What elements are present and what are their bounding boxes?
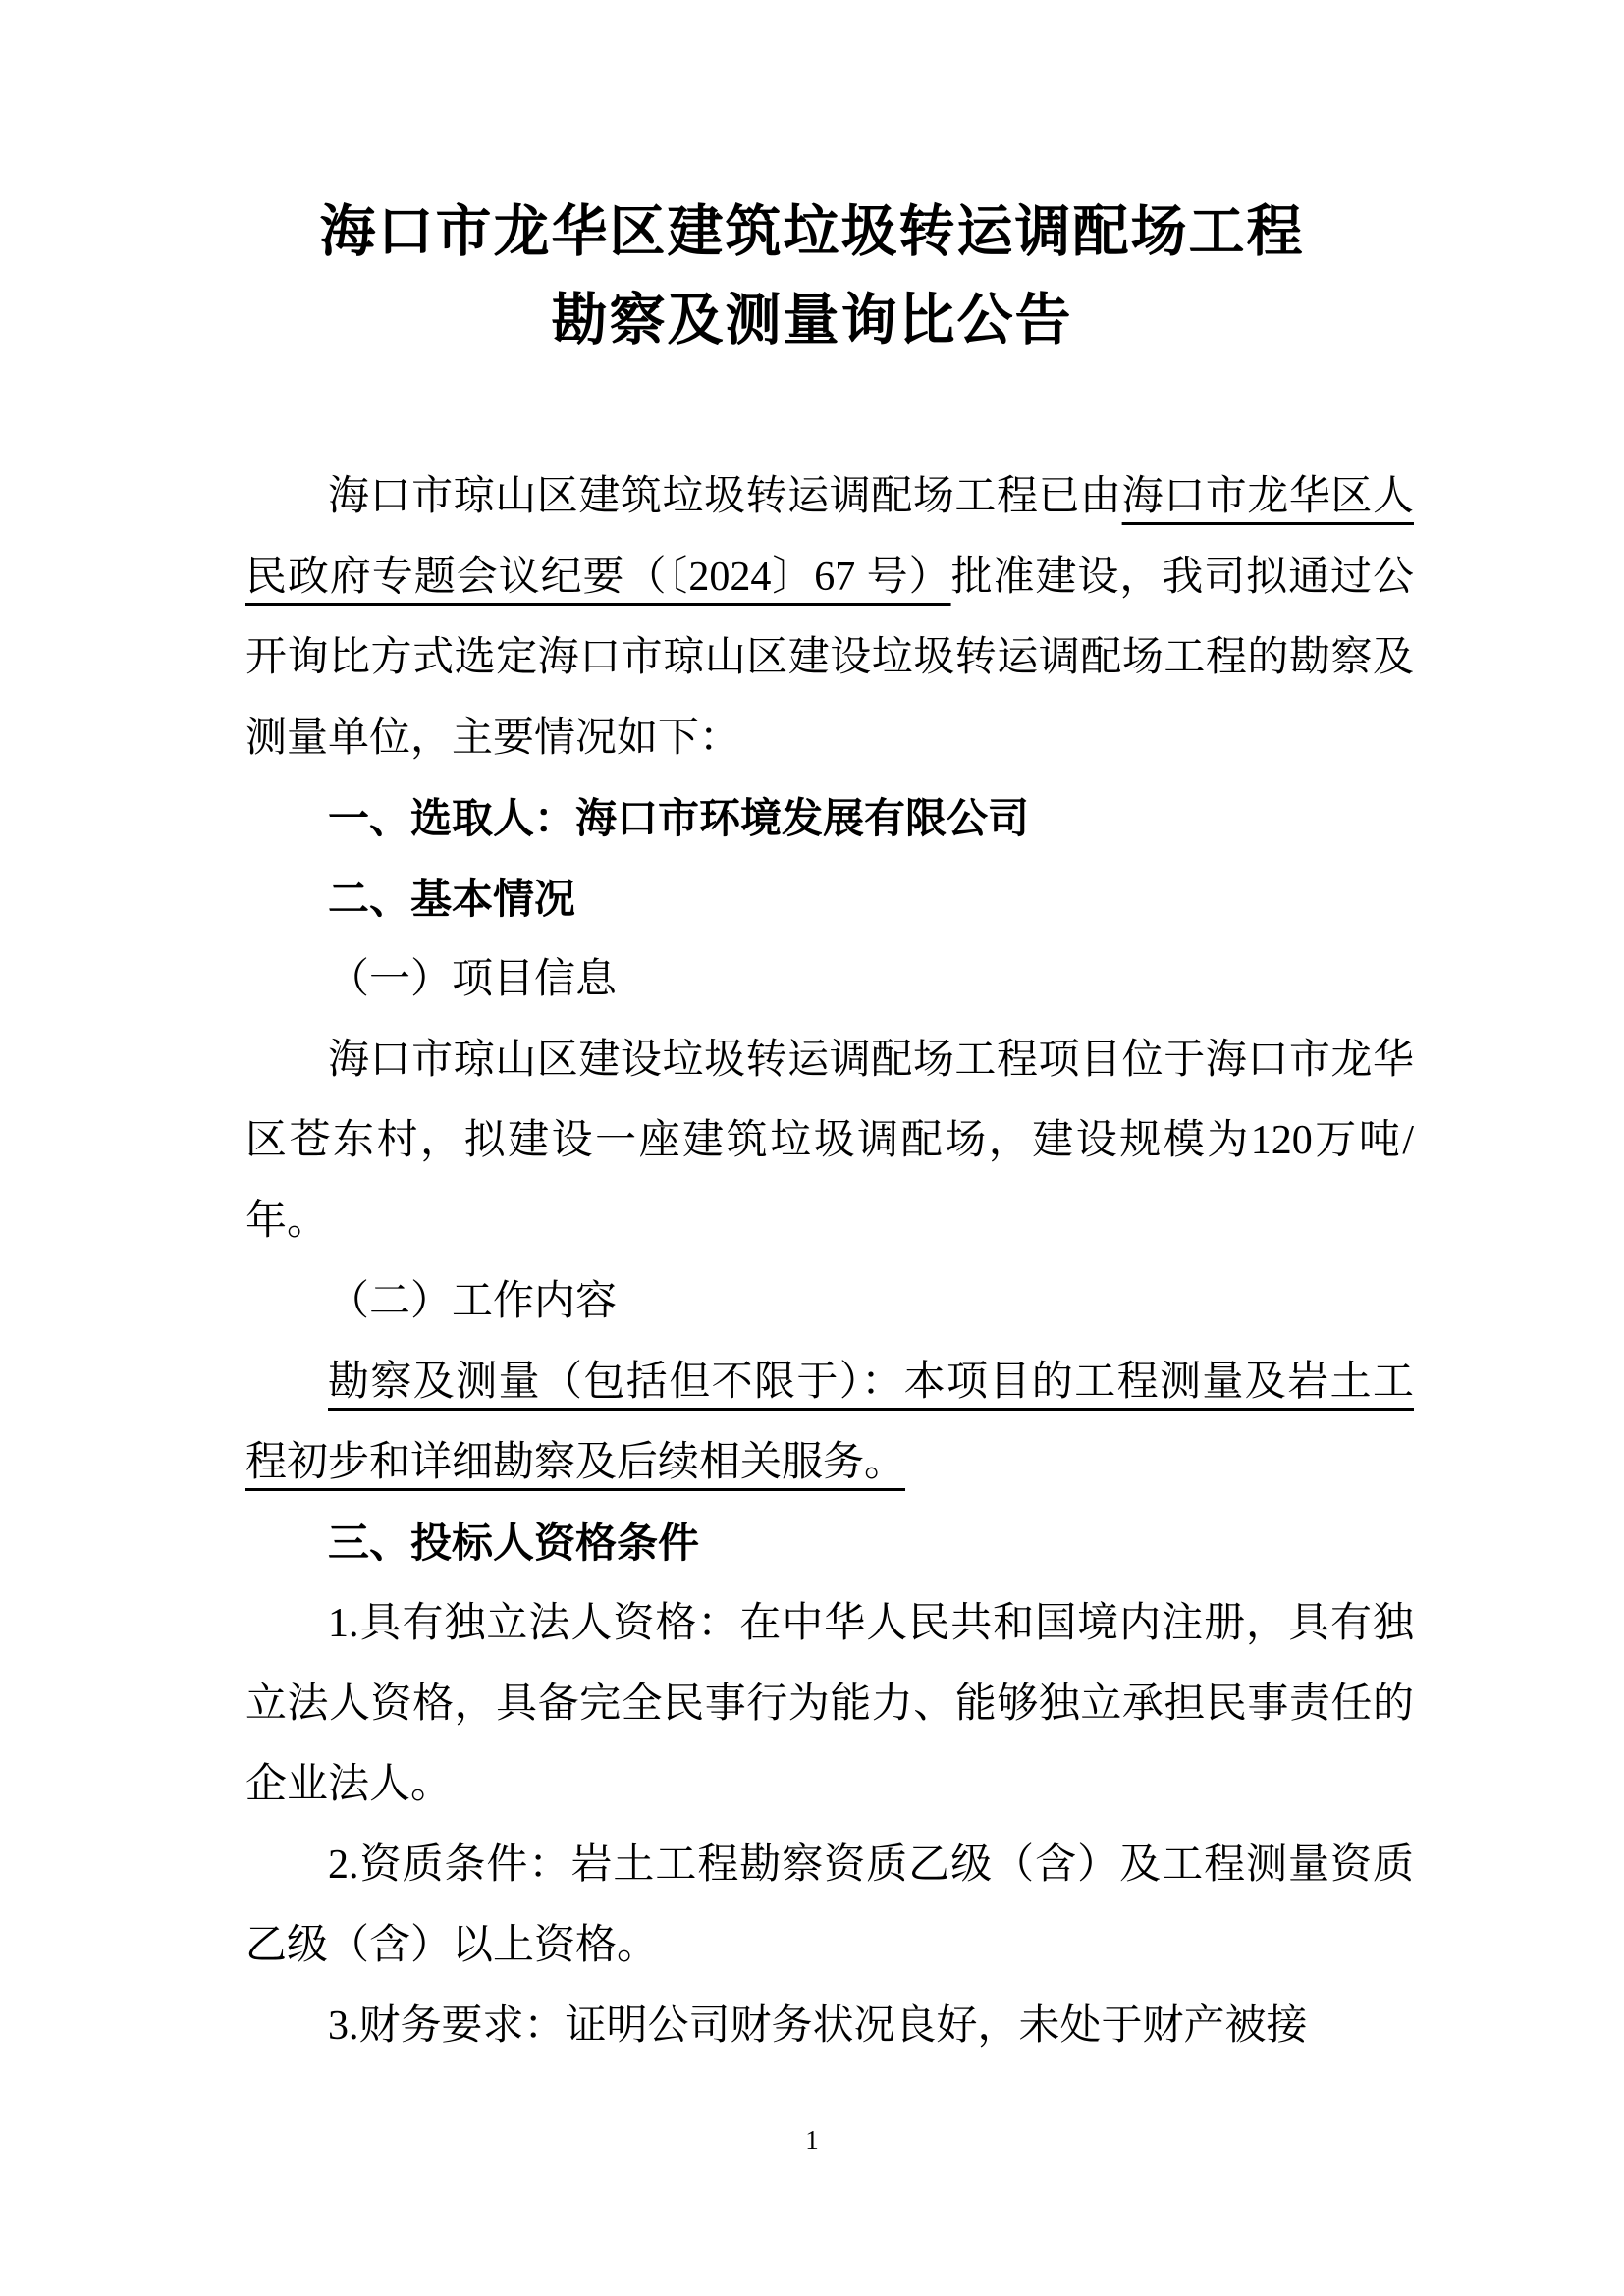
paragraph: 海口市琼山区建筑垃圾转运调配场工程已由海口市龙华区人民政府专题会议纪要（〔202…: [245, 456, 1414, 778]
text-segment: 三、投标人资格条件: [328, 1520, 699, 1566]
paragraph: （二）工作内容: [245, 1261, 1414, 1342]
paragraph: （一）项目信息: [245, 939, 1414, 1020]
text-segment: 1.具有独立法人资格：在中华人民共和国境内注册，具有独立法人资格，具备完全民事行…: [245, 1601, 1414, 1807]
text-segment: 一、选取人：海口市环境发展有限公司: [328, 795, 1029, 841]
section-heading: 三、投标人资格条件: [245, 1503, 1414, 1583]
text-segment: （一）项目信息: [328, 957, 617, 1002]
text-segment: 海口市琼山区建筑垃圾转运调配场工程已由: [328, 474, 1122, 519]
document-title-line2: 勘察及测量询比公告: [0, 277, 1624, 365]
text-segment: 二、基本情况: [328, 876, 575, 922]
text-segment: 3.财务要求：证明公司财务状况良好，未处于财产被接: [328, 2003, 1308, 2049]
paragraph: 3.财务要求：证明公司财务状况良好，未处于财产被接: [245, 1986, 1414, 2066]
text-segment: 海口市琼山区建设垃圾转运调配场工程项目位于海口市龙华区苍东村，拟建设一座建筑垃圾…: [245, 1038, 1414, 1244]
text-segment: （二）工作内容: [328, 1279, 617, 1324]
paragraph: 勘察及测量（包括但不限于）：本项目的工程测量及岩土工程初步和详细勘察及后续相关服…: [245, 1342, 1414, 1503]
paragraph: 海口市琼山区建设垃圾转运调配场工程项目位于海口市龙华区苍东村，拟建设一座建筑垃圾…: [245, 1020, 1414, 1261]
text-segment: 2.资质条件：岩土工程勘察资质乙级（含）及工程测量资质乙级（含）以上资格。: [245, 1842, 1414, 1968]
document-page: 海口市龙华区建筑垃圾转运调配场工程 勘察及测量询比公告 海口市琼山区建筑垃圾转运…: [0, 0, 1624, 2296]
section-heading: 一、选取人：海口市环境发展有限公司: [245, 778, 1414, 859]
paragraph: 2.资质条件：岩土工程勘察资质乙级（含）及工程测量资质乙级（含）以上资格。: [245, 1825, 1414, 1986]
document-title: 海口市龙华区建筑垃圾转运调配场工程 勘察及测量询比公告: [0, 188, 1624, 365]
underlined-text: 勘察及测量（包括但不限于）：本项目的工程测量及岩土工程初步和详细勘察及后续相关服…: [245, 1360, 1414, 1485]
document-body: 海口市琼山区建筑垃圾转运调配场工程已由海口市龙华区人民政府专题会议纪要（〔202…: [245, 456, 1414, 2066]
paragraph: 1.具有独立法人资格：在中华人民共和国境内注册，具有独立法人资格，具备完全民事行…: [245, 1583, 1414, 1825]
section-heading: 二、基本情况: [245, 859, 1414, 939]
page-number: 1: [0, 2120, 1624, 2160]
document-title-line1: 海口市龙华区建筑垃圾转运调配场工程: [0, 188, 1624, 277]
